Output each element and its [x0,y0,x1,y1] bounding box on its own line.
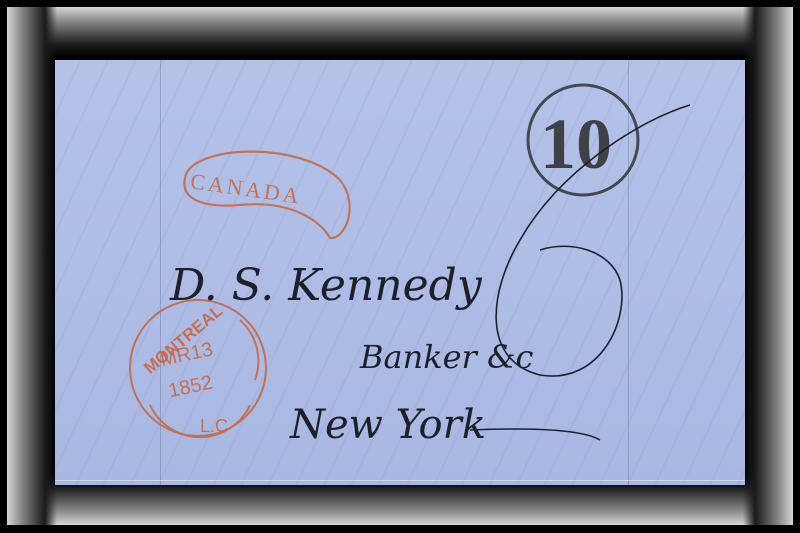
city-underline [470,429,600,440]
addressee-line: D. S. Kennedy [169,260,483,311]
cover-markings: CANADA MONTREAL MR13 1852 L.C 10 D. S. K… [0,0,800,533]
address-city: New York [289,402,486,448]
address-line-2: Banker &c [359,338,533,376]
montreal-postmark-year: 1852 [167,372,215,403]
montreal-postmark-province: L.C [200,416,228,436]
